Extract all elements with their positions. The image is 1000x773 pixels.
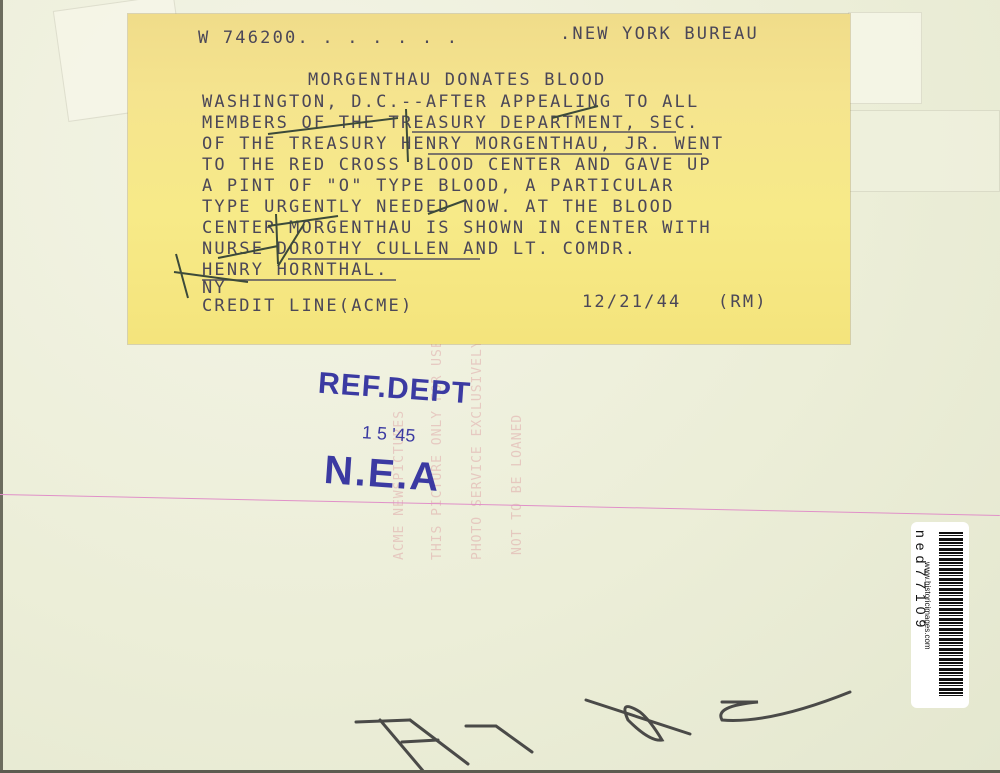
left-edge-shadow [0,0,3,773]
tape-strip-top-right [848,12,922,104]
barcode-label: ned77109 www.historicimages.com [911,522,969,708]
faded-stamp-line-3: PHOTO SERVICE EXCLUSIVELY [470,350,485,560]
barcode-url: www.historicimages.com [923,562,932,650]
pencil-markup [128,14,850,344]
caption-slip: W 746200. . . . . . . .NEW YORK BUREAU M… [128,14,850,344]
handwritten-notation: A 7 6 C [350,670,870,770]
faded-stamp-line-4: NOT TO BE LOANED [510,345,525,555]
nea-stamp: N.E.A [323,448,443,501]
tape-strip-right [848,110,1000,192]
barcode-icon [939,532,963,698]
ref-date-stamp: 1 5 '45 [361,422,416,447]
